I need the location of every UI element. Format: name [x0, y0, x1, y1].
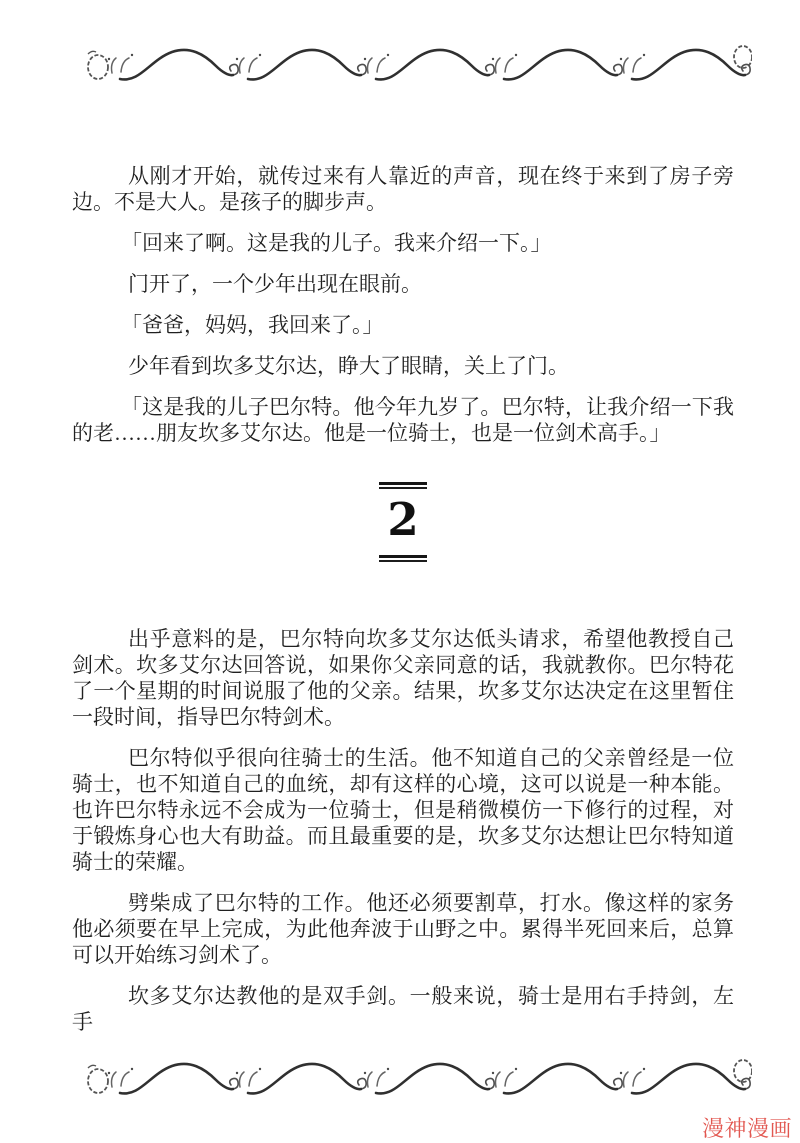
chapter-number: 2: [387, 497, 418, 542]
paragraph-4: 「爸爸，妈妈，我回来了。」: [72, 312, 734, 338]
rule-line: [379, 560, 427, 562]
paragraph-3: 门开了，一个少年出现在眼前。: [72, 271, 734, 297]
divider-rule-bottom: [379, 555, 427, 562]
divider-rule-top: [379, 482, 427, 489]
top-flourish-border-icon: [44, 42, 752, 88]
rule-line: [379, 482, 427, 485]
page-content: 从刚才开始，就传过来有人靠近的声音，现在终于来到了房子旁边。不是大人。是孩子的脚…: [72, 163, 734, 1050]
paragraph-1: 从刚才开始，就传过来有人靠近的声音，现在终于来到了房子旁边。不是大人。是孩子的脚…: [72, 163, 734, 215]
paragraph-8: 巴尔特似乎很向往骑士的生活。他不知道自己的父亲曾经是一位骑士，也不知道自己的血统…: [72, 745, 734, 875]
rule-line: [379, 555, 427, 558]
paragraph-10: 坎多艾尔达教他的是双手剑。一般来说，骑士是用右手持剑，左手: [72, 983, 734, 1035]
paragraph-9: 劈柴成了巴尔特的工作。他还必须要割草，打水。像这样的家务他必须要在早上完成，为此…: [72, 890, 734, 968]
rule-line: [379, 487, 427, 489]
chapter-divider: 2: [72, 482, 734, 562]
paragraph-7: 出乎意料的是，巴尔特向坎多艾尔达低头请求，希望他教授自己剑术。坎多艾尔达回答说，…: [72, 626, 734, 730]
paragraph-6: 「这是我的儿子巴尔特。他今年九岁了。巴尔特，让我介绍一下我的老……朋友坎多艾尔达…: [72, 394, 734, 446]
paragraph-2: 「回来了啊。这是我的儿子。我来介绍一下。」: [72, 230, 734, 256]
bottom-flourish-border-icon: [44, 1056, 752, 1102]
paragraph-5: 少年看到坎多艾尔达，睁大了眼睛，关上了门。: [72, 353, 734, 379]
watermark-text: 漫神漫画: [702, 1112, 792, 1143]
book-page: 从刚才开始，就传过来有人靠近的声音，现在终于来到了房子旁边。不是大人。是孩子的脚…: [0, 0, 800, 1143]
